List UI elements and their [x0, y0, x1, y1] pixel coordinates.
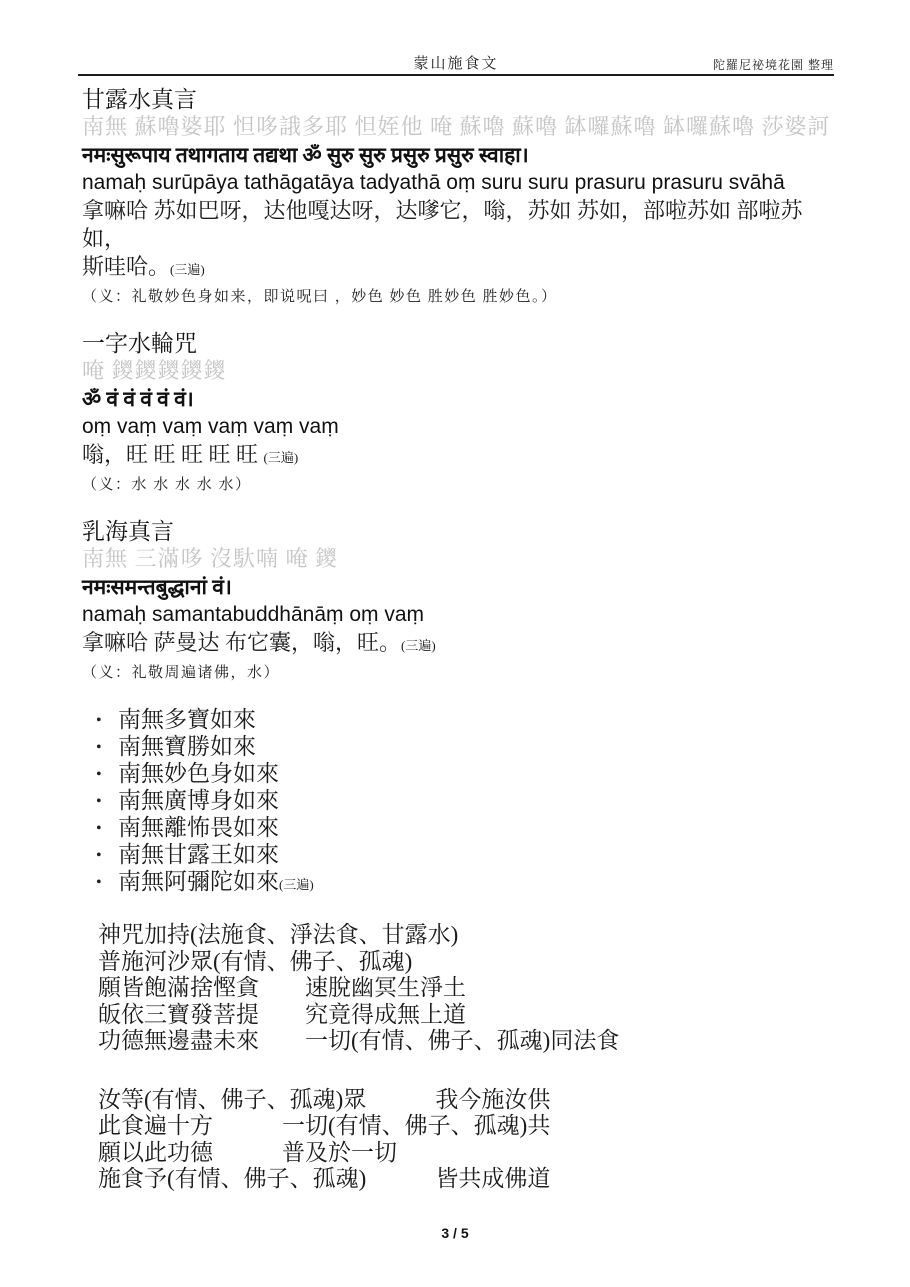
page-number: 3 / 5: [0, 1225, 910, 1241]
verse-line: 願以此功德 普及於一切: [98, 1140, 838, 1167]
mantra-devanagari: नमःसुरूपाय तथागताय तद्यथा ॐ सुरु सुरु प्…: [82, 141, 838, 169]
buddha-name: 南無寶勝如來: [118, 734, 256, 759]
mantra-reading-text: 嗡，旺 旺 旺 旺 旺: [82, 442, 264, 467]
page-content: 甘露水真言 南無 蘇嚕婆耶 怛哆誐多耶 怛姪他 唵 蘇嚕 蘇嚕 缽囉蘇嚕 缽囉蘇…: [82, 86, 838, 1193]
bullet-icon: •: [96, 708, 118, 734]
bullet-icon: •: [96, 789, 118, 815]
mantra-reading-text: 拿嘛哈 萨曼达 布它囊，嗡，旺。: [82, 630, 401, 655]
mantra-section-milk-ocean: 乳海真言 南無 三滿哆 沒馱喃 唵 鑁 नमःसमन्तबुद्धानां वं…: [82, 518, 838, 685]
mantra-romanization: oṃ vaṃ vaṃ vaṃ vaṃ vaṃ: [82, 413, 838, 441]
mantra-devanagari: ॐ वं वं वं वं वं।: [82, 385, 838, 413]
verse-line: 願皆飽滿捨慳貪 速脫幽冥生淨土: [98, 975, 838, 1002]
verse-block-blessing: 神咒加持(法施食、淨法食、甘露水) 普施河沙眾(有情、佛子、孤魂) 願皆飽滿捨慳…: [82, 922, 838, 1055]
list-item: •南無離怖畏如來: [96, 815, 838, 842]
verse-line: 功德無邊盡未來 一切(有情、佛子、孤魂)同法食: [98, 1028, 838, 1055]
verse-line: 皈依三寶發菩提 究竟得成無上道: [98, 1002, 838, 1029]
verse-line: 神咒加持(法施食、淨法食、甘露水): [98, 922, 838, 949]
mantra-hanzi-gray: 唵 鑁鑁鑁鑁鑁: [82, 357, 838, 385]
document-page: 蒙山施食文 陀羅尼祕境花園 整理 甘露水真言 南無 蘇嚕婆耶 怛哆誐多耶 怛姪他…: [0, 0, 910, 1287]
buddha-name: 南無妙色身如來: [118, 761, 279, 786]
list-item: •南無寶勝如來: [96, 734, 838, 761]
mantra-reading-text: 斯哇哈。: [82, 254, 170, 279]
verse-block-offering: 汝等(有情、佛子、孤魂)眾 我今施汝供 此食遍十方 一切(有情、佛子、孤魂)共 …: [82, 1087, 838, 1193]
mantra-reading-line: 拿嘛哈 苏如巴呀，达他嘎达呀，达嗲它，嗡，苏如 苏如，部啦苏如 部啦苏如，: [82, 197, 838, 253]
list-item: •南無多寶如來: [96, 707, 838, 734]
repeat-note: (三遍): [401, 638, 436, 653]
bullet-icon: •: [96, 762, 118, 788]
list-item: •南無妙色身如來: [96, 761, 838, 788]
mantra-hanzi-gray: 南無 蘇嚕婆耶 怛哆誐多耶 怛姪他 唵 蘇嚕 蘇嚕 缽囉蘇嚕 缽囉蘇嚕 莎婆訶: [82, 113, 838, 141]
bullet-icon: •: [96, 843, 118, 869]
verse-line: 汝等(有情、佛子、孤魂)眾 我今施汝供: [98, 1087, 838, 1114]
repeat-note: (三遍): [279, 877, 314, 892]
mantra-devanagari: नमःसमन्तबुद्धानां वं।: [82, 573, 838, 601]
header-credit: 陀羅尼祕境花園 整理: [713, 56, 834, 73]
buddha-name: 南無多寶如來: [118, 707, 256, 732]
buddha-name-list: •南無多寶如來 •南無寶勝如來 •南無妙色身如來 •南無廣博身如來 •南無離怖畏…: [96, 707, 838, 898]
mantra-romanization: namaḥ samantabuddhānāṃ oṃ vaṃ: [82, 601, 838, 629]
bullet-icon: •: [96, 735, 118, 761]
section-title: 乳海真言: [82, 518, 838, 545]
section-title: 甘露水真言: [82, 86, 838, 113]
mantra-reading-line: 斯哇哈。(三遍): [82, 253, 838, 284]
bullet-icon: •: [96, 816, 118, 842]
verse-line: 普施河沙眾(有情、佛子、孤魂): [98, 949, 838, 976]
section-title: 一字水輪咒: [82, 330, 838, 357]
verse-line: 此食遍十方 一切(有情、佛子、孤魂)共: [98, 1113, 838, 1140]
list-item: •南無阿彌陀如來(三遍): [96, 869, 838, 898]
repeat-note: (三遍): [264, 450, 299, 465]
mantra-meaning: （义：礼敬周遍诸佛，水）: [82, 660, 838, 685]
buddha-name: 南無甘露王如來: [118, 842, 279, 867]
mantra-section-one-word-water-wheel: 一字水輪咒 唵 鑁鑁鑁鑁鑁 ॐ वं वं वं वं वं। oṃ vaṃ v…: [82, 330, 838, 497]
list-item: •南無廣博身如來: [96, 788, 838, 815]
mantra-hanzi-gray: 南無 三滿哆 沒馱喃 唵 鑁: [82, 545, 838, 573]
page-header: 蒙山施食文 陀羅尼祕境花園 整理: [78, 52, 834, 74]
mantra-section-sweet-dew-water: 甘露水真言 南無 蘇嚕婆耶 怛哆誐多耶 怛姪他 唵 蘇嚕 蘇嚕 缽囉蘇嚕 缽囉蘇…: [82, 86, 838, 309]
buddha-name: 南無廣博身如來: [118, 788, 279, 813]
mantra-reading-line: 嗡，旺 旺 旺 旺 旺 (三遍): [82, 441, 838, 472]
mantra-meaning: （义：礼敬妙色身如来，即说呪曰 ，妙色 妙色 胜妙色 胜妙色。）: [82, 284, 838, 309]
mantra-romanization: namaḥ surūpāya tathāgatāya tadyathā oṃ s…: [82, 169, 838, 197]
header-divider: [78, 74, 834, 76]
mantra-reading-line: 拿嘛哈 萨曼达 布它囊，嗡，旺。(三遍): [82, 629, 838, 660]
bullet-icon: •: [96, 870, 118, 896]
verse-line: 施食予(有情、佛子、孤魂) 皆共成佛道: [98, 1166, 838, 1193]
repeat-note: (三遍): [170, 262, 205, 277]
mantra-meaning: （义：水 水 水 水 水）: [82, 472, 838, 497]
buddha-name: 南無阿彌陀如來: [118, 869, 279, 894]
buddha-name: 南無離怖畏如來: [118, 815, 279, 840]
list-item: •南無甘露王如來: [96, 842, 838, 869]
